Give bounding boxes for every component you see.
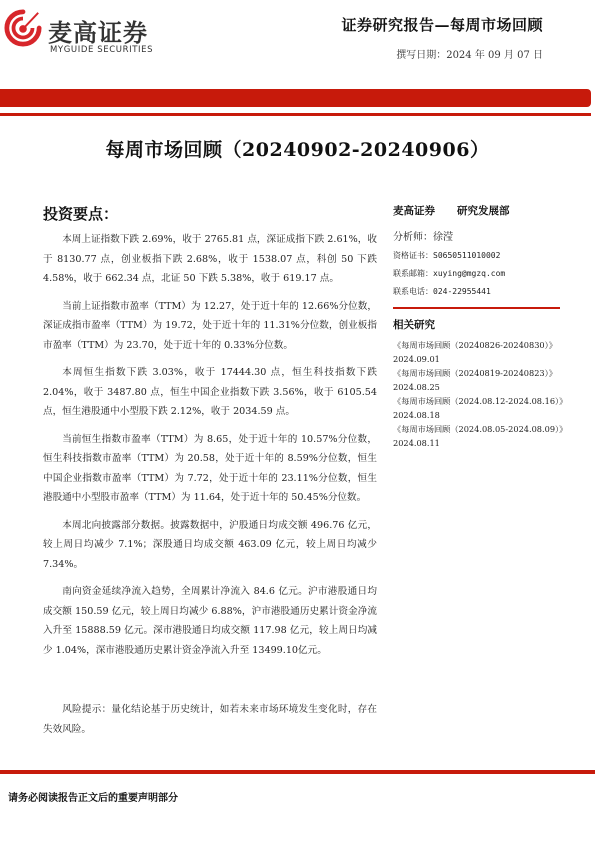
paragraph-northbound: 本周北向披露部分数据。披露数据中，沪股通日均成交额 496.76 亿元，较上周日… (43, 516, 377, 575)
org-name: 麦高证券 (393, 203, 435, 218)
phone-line: 联系电话：024-22955441 (393, 286, 568, 297)
analyst: 分析师：徐滢 (393, 228, 568, 243)
paragraph-a-share-pe: 当前上证指数市盈率（TTM）为 12.27，处于近十年的 12.66%分位数，深… (43, 297, 377, 356)
risk-warning: 风险提示：量化结论基于历史统计，如若未来市场环境发生变化时，存在失效风险。 (43, 700, 377, 739)
footer-red-line (0, 770, 595, 774)
section-heading: 投资要点： (43, 203, 377, 224)
paragraph-hk-indices: 本周恒生指数下跌 3.03%，收于 17444.30 点，恒生科技指数下跌 2.… (43, 363, 377, 422)
paragraph-a-share-indices: 本周上证指数下跌 2.69%，收于 2765.81 点，深证成指下跌 2.61%… (43, 230, 377, 289)
related-item[interactable]: 《每周市场回顾（2024.08.05-2024.08.09）》2024.08.1… (393, 422, 568, 450)
paragraph-hk-pe: 当前恒生指数市盈率（TTM）为 8.65，处于近十年的 10.57%分位数，恒生… (43, 430, 377, 508)
cert-value: S0650511010002 (433, 251, 500, 260)
paragraph-southbound: 南向资金延续净流入趋势，全周累计净流入 84.6 亿元。沪市港股通日均成交额 1… (43, 582, 377, 660)
page-title: 每周市场回顾（20240902-20240906） (0, 135, 595, 162)
related-item[interactable]: 《每周市场回顾（2024.08.12-2024.08.16）》2024.08.1… (393, 394, 568, 422)
logo-text-cn: 麦高证券 (48, 13, 148, 48)
dept-name: 研究发展部 (457, 203, 510, 218)
header-red-bar (0, 89, 591, 107)
phone-value: 024-22955441 (433, 287, 491, 296)
related-research-heading: 相关研究 (393, 317, 568, 332)
main-content: 投资要点： 本周上证指数下跌 2.69%，收于 2765.81 点，深证成指下跌… (43, 203, 377, 747)
phone-label: 联系电话： (393, 287, 433, 296)
related-research-list: 《每周市场回顾（20240826-20240830）》2024.09.01 《每… (393, 338, 568, 450)
org-line: 麦高证券研究发展部 (393, 203, 568, 218)
sidebar: 麦高证券研究发展部 分析师：徐滢 资格证书：S0650511010002 联系邮… (393, 203, 568, 450)
cert-label: 资格证书： (393, 251, 433, 260)
cert-line: 资格证书：S0650511010002 (393, 250, 568, 261)
email-line: 联系邮箱：xuying@mgzq.com (393, 268, 568, 279)
sidebar-divider (393, 307, 560, 309)
report-date: 撰写日期：2024 年 09 月 07 日 (396, 46, 543, 61)
logo-text-en: MYGUIDE SECURITIES (50, 45, 153, 55)
related-item[interactable]: 《每周市场回顾（20240826-20240830）》2024.09.01 (393, 338, 568, 366)
report-type: 证券研究报告—每周市场回顾 (341, 14, 543, 35)
header-red-line (0, 113, 591, 116)
logo-swirl-icon (4, 9, 42, 47)
footer-notice: 请务必阅读报告正文后的重要声明部分 (8, 789, 178, 804)
related-item[interactable]: 《每周市场回顾（20240819-20240823）》2024.08.25 (393, 366, 568, 394)
email-label: 联系邮箱： (393, 269, 433, 278)
email-value[interactable]: xuying@mgzq.com (433, 269, 505, 278)
